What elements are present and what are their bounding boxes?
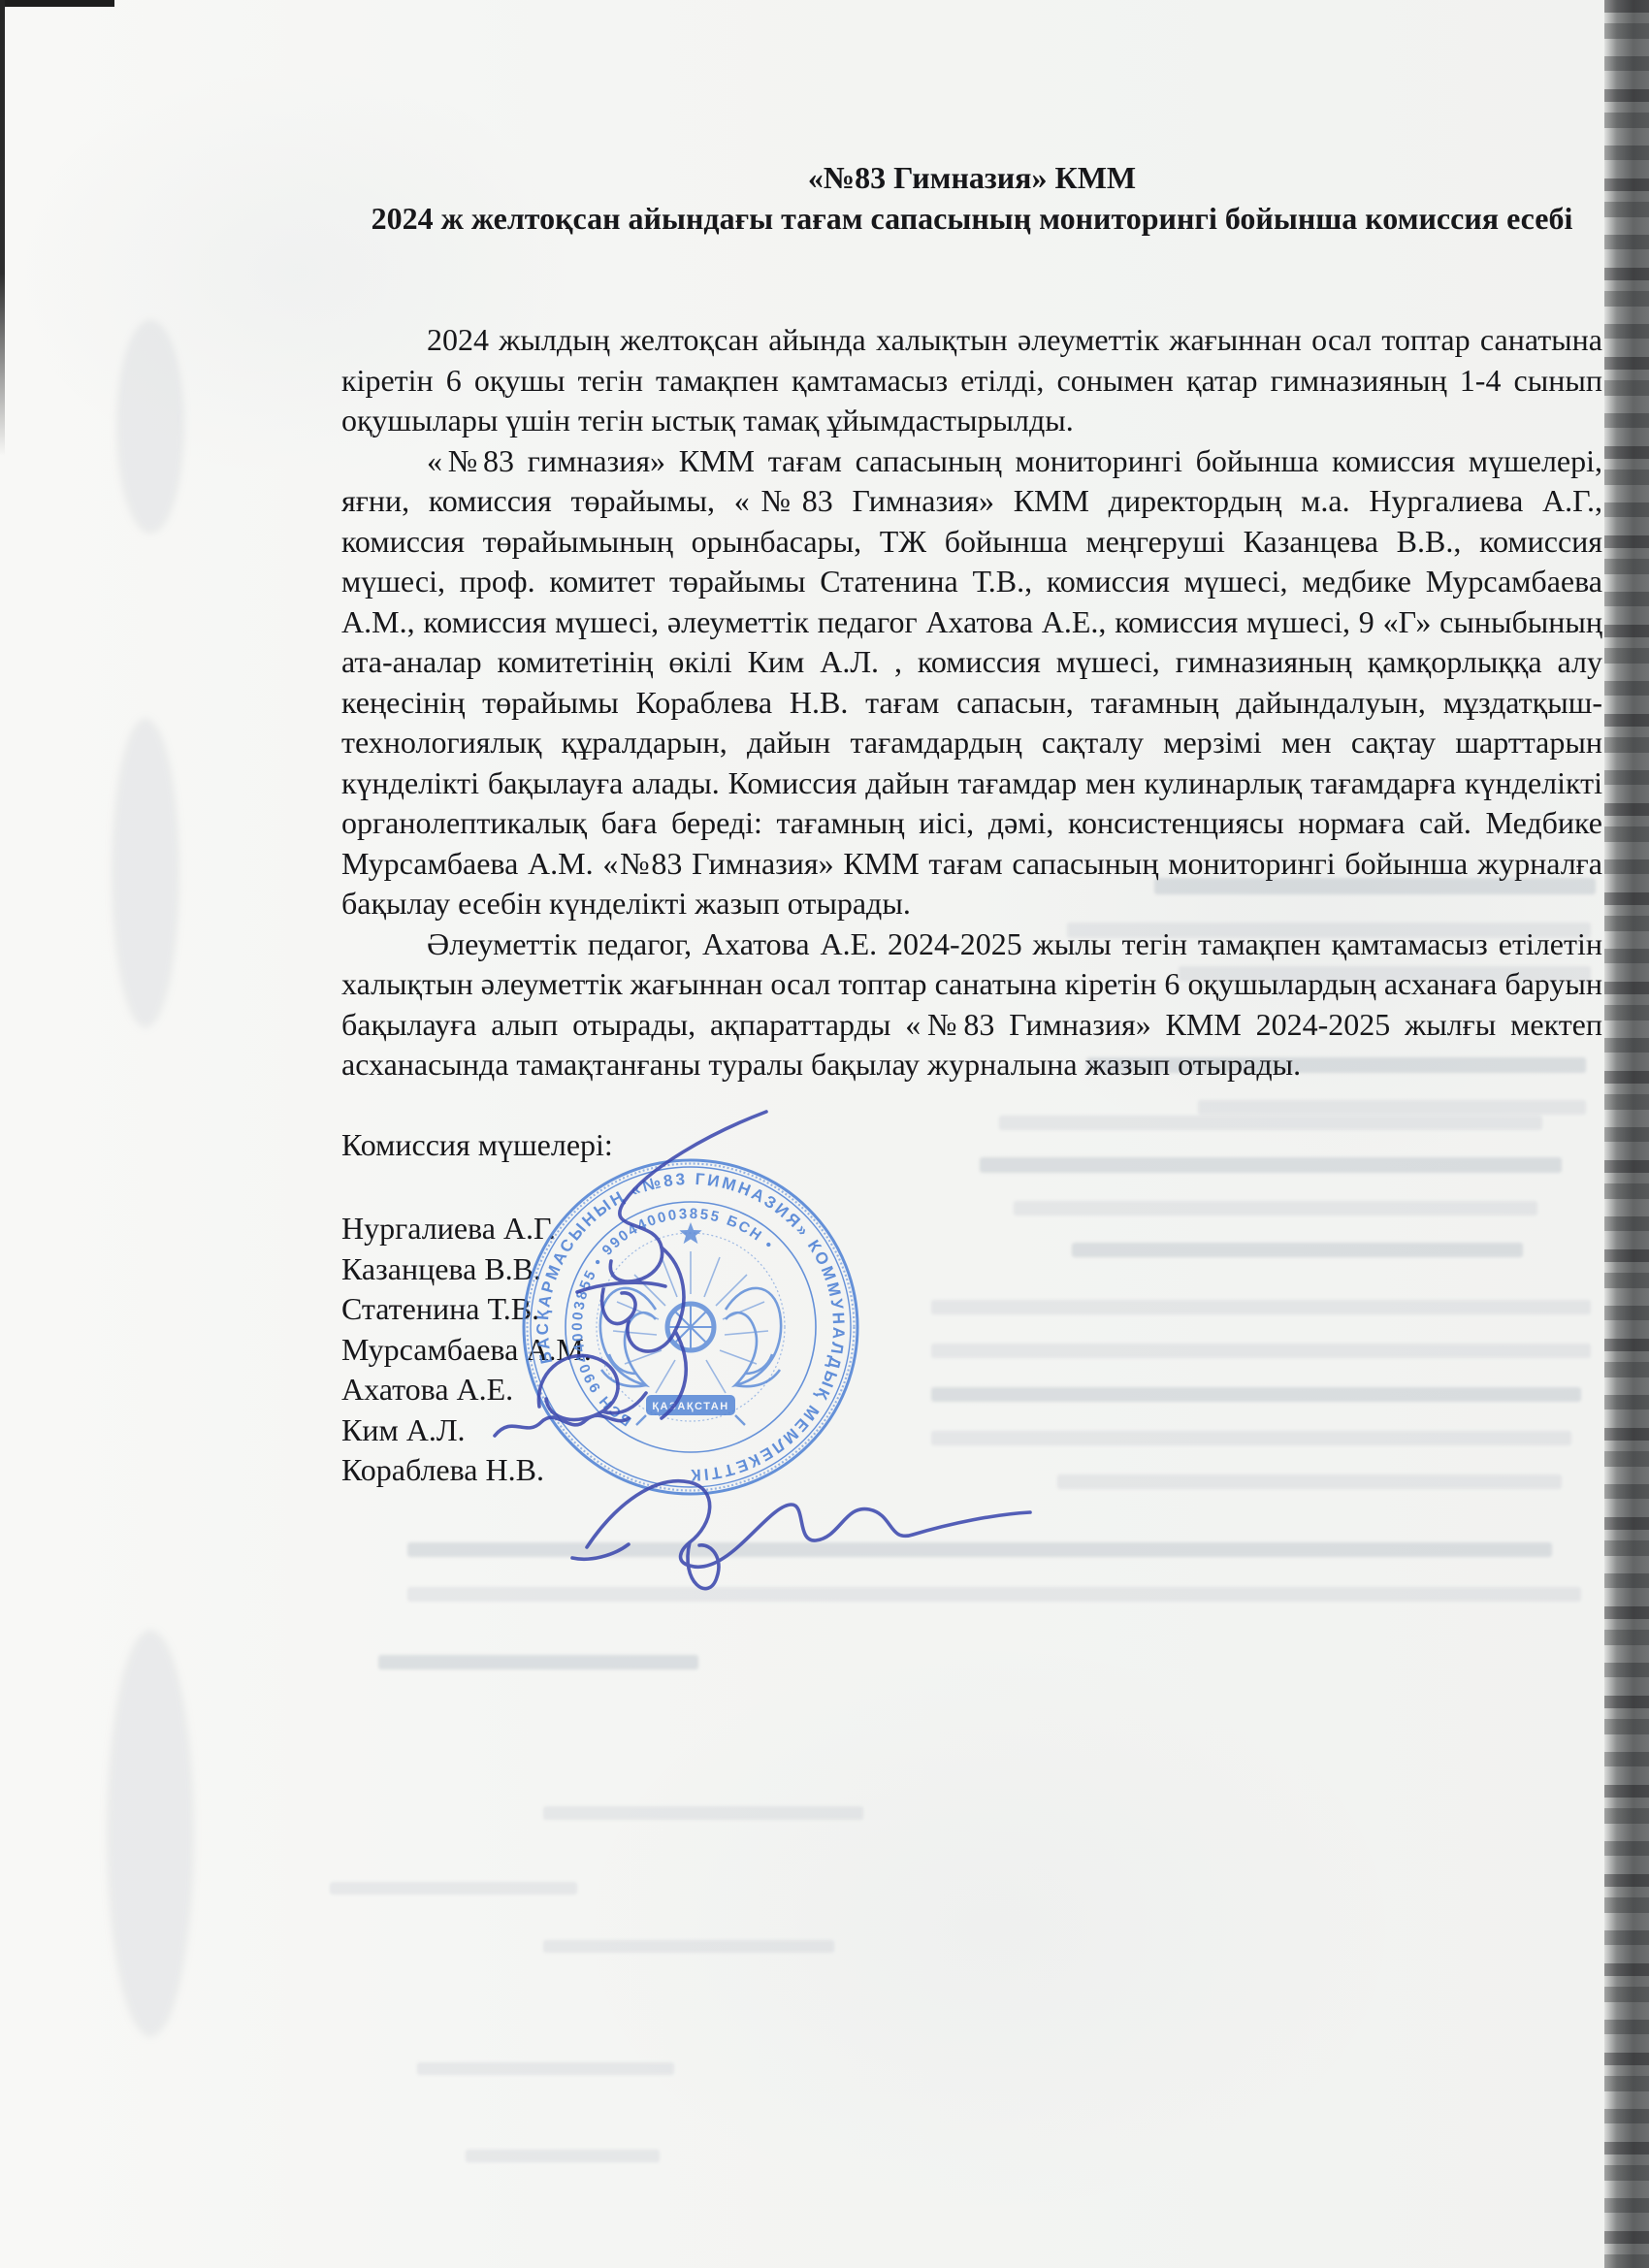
bleed-through-line [330, 1882, 577, 1895]
bleed-through-line [466, 2150, 660, 2162]
scan-smudge [107, 1630, 194, 2037]
scanned-document-page: «№83 Гимназия» КММ 2024 ж желтоқсан айын… [0, 0, 1649, 2268]
paragraph-1: 2024 жылдың желтоқсан айында халықтын әл… [341, 320, 1602, 441]
official-round-stamp: БАСҚАРМАСЫНЫҢ «№83 ГИМНАЗИЯ» КОММУНАЛДЫҚ… [456, 1086, 1077, 1630]
document-title-line2: 2024 ж желтоқсан айындағы тағам сапасыны… [341, 199, 1602, 240]
paragraph-3: Әлеуметтік педагог, Ахатова А.Е. 2024-20… [341, 924, 1602, 1085]
scan-edge-left-bar [0, 0, 5, 456]
scan-smudge [116, 320, 184, 534]
bleed-through-line [417, 2062, 674, 2075]
scan-edge-right-strip [1604, 0, 1649, 2268]
document-title-line1: «№83 Гимназия» КММ [341, 158, 1602, 199]
stamp-emblem-banner-text: ҚАЗАҚСТАН [652, 1401, 728, 1412]
bleed-through-line [378, 1655, 698, 1669]
document-title-block: «№83 Гимназия» КММ 2024 ж желтоқсан айын… [341, 158, 1602, 239]
scan-edge-top-bar [0, 0, 114, 7]
bleed-through-line [543, 1940, 834, 1953]
bleed-through-line [543, 1806, 863, 1820]
paragraph-2: «№83 гимназия» КММ тағам сапасының монит… [341, 441, 1602, 924]
scan-smudge [112, 718, 179, 1028]
